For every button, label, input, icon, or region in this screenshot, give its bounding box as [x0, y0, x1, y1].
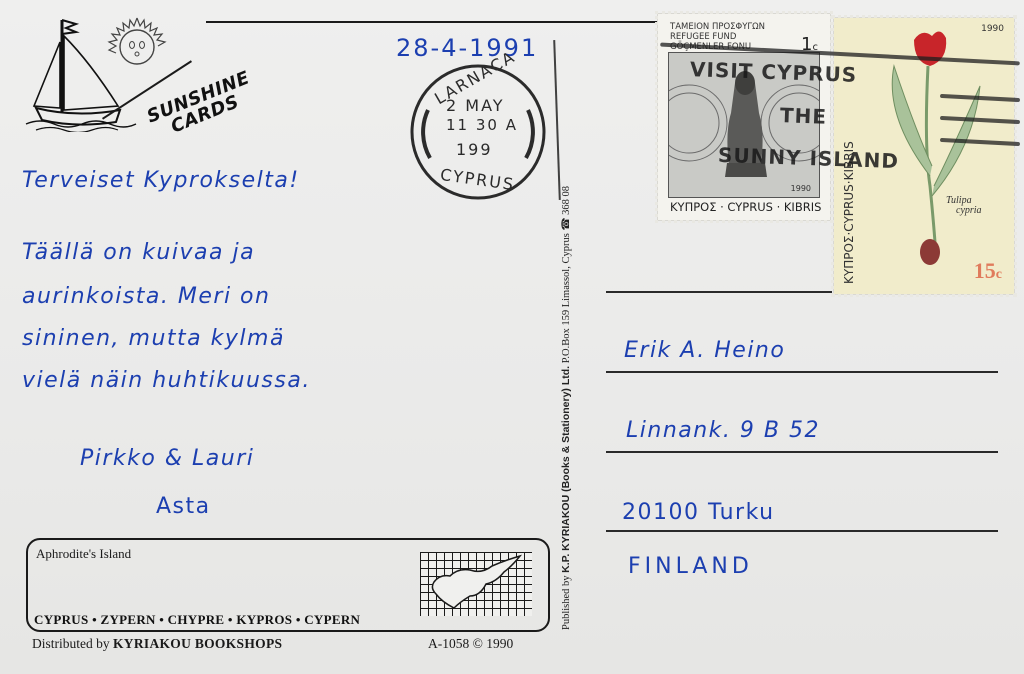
stamp-year: 1990: [791, 184, 811, 193]
signature-line: Asta: [156, 494, 211, 519]
postmark-year: 199: [456, 140, 493, 159]
address-line-rule: [606, 371, 998, 373]
postcard-back: SUNSHINE CARDS 28-4-1991 LARNACA 2 MAY 1…: [0, 0, 1024, 674]
stamp-value-unit: c: [996, 267, 1002, 282]
slogan-line: THE: [780, 103, 828, 129]
stamp-header-line: ΤΑΜΕΙΟΝ ΠΡΟΣΦΥΓΩΝ: [670, 22, 765, 32]
postmark: LARNACA 2 MAY 11 30 A 199 CYPRUS: [400, 62, 560, 202]
address-line: Erik A. Heino: [624, 338, 785, 363]
address-line: Linnank. 9 B 52: [626, 418, 820, 443]
message-line: Terveiset Kyprokselta!: [22, 168, 300, 193]
distributor-prefix: Distributed by: [32, 636, 110, 651]
sunshine-cards-logo: SUNSHINE CARDS: [20, 12, 240, 132]
caption-box: Aphrodite's Island CYPRUS • ZYPERN • CHY…: [26, 538, 550, 632]
postmark-time: 11 30 A: [446, 116, 518, 134]
address-line: 20100 Turku: [622, 500, 775, 525]
message-line: Täällä on kuivaa ja: [22, 240, 255, 265]
sun-face-icon: [102, 12, 172, 82]
stamp-header-line: REFUGEE FUND: [670, 32, 765, 42]
address-line-rule: [606, 451, 998, 453]
stamp-year: 1990: [981, 24, 1004, 34]
top-rule: [206, 21, 658, 23]
message-line: sininen, mutta kylmä: [22, 326, 285, 351]
country-names: CYPRUS • ZYPERN • CHYPRE • KYPROS • CYPE…: [34, 612, 360, 628]
caption-title: Aphrodite's Island: [36, 546, 131, 562]
publisher-prefix: Published by: [561, 575, 572, 630]
address-line-rule: [606, 291, 832, 293]
stamp-caption: Tulipa cypria: [946, 196, 982, 216]
stamp-value-number: 15: [974, 258, 996, 283]
publisher-phone: ☎ 368 08: [561, 186, 572, 231]
publisher-name: K.P. KYRIAKOU (Books & Stationery) Ltd.: [560, 366, 572, 573]
address-line-rule: [606, 530, 998, 532]
message-line: vielä näin huhtikuussa.: [22, 368, 311, 393]
distributor-text: Distributed by KYRIAKOU BOOKSHOPS: [32, 636, 282, 652]
publisher-text: Published by K.P. KYRIAKOU (Books & Stat…: [560, 186, 572, 630]
address-line: FINLAND: [628, 554, 753, 579]
handwritten-date: 28-4-1991: [396, 34, 538, 62]
message-line: aurinkoista. Meri on: [22, 284, 270, 309]
publisher-address: P.O.Box 159 Limassol, Cyprus: [561, 233, 572, 363]
postmark-date: 2 MAY: [446, 96, 505, 115]
stamp-caption-line: cypria: [946, 206, 982, 216]
catalog-number: A-1058 © 1990: [428, 636, 513, 652]
stamp-value: 15c: [974, 258, 1002, 284]
distributor-name: KYRIAKOU BOOKSHOPS: [113, 636, 282, 651]
cyprus-map-grid-icon: [420, 552, 532, 616]
signature-line: Pirkko & Lauri: [80, 446, 254, 471]
stamp-country: ΚΥΠΡΟΣ · CYPRUS · KIBRIS: [670, 200, 821, 214]
